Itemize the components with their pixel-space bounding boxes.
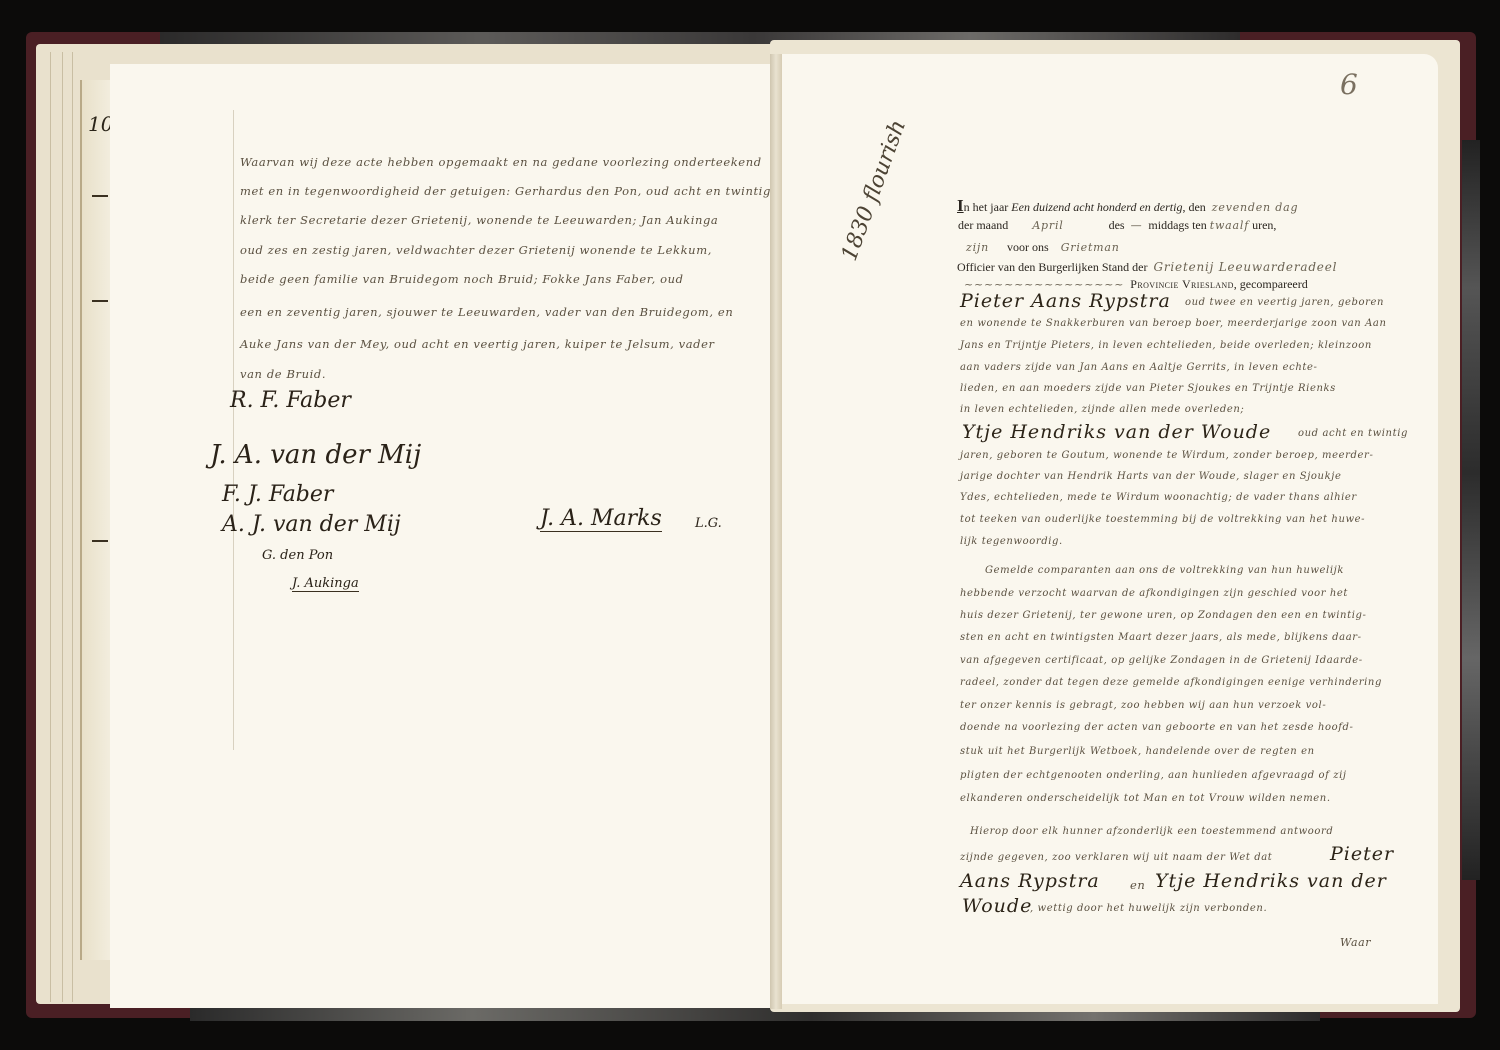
tab-mark [92, 300, 108, 302]
groom-first-name: Pieter [1330, 843, 1394, 865]
official-signature: J. A. Marks [540, 506, 662, 532]
signature: J. A. van der Mij [210, 440, 421, 470]
text-line: jarige dochter van Hendrik Harts van der… [960, 471, 1341, 482]
signature: A. J. van der Mij [222, 512, 401, 537]
form-line-1: In het jaar Een duizend acht honderd en … [957, 196, 1298, 216]
official-title-field: Grietman [1061, 241, 1120, 254]
text-line: beide geen familie van Bruidegom noch Br… [240, 272, 684, 286]
form-line-4: Officier van den Burgerlijken Stand der … [957, 260, 1337, 275]
text-line: stuk uit het Burgerlijk Wetboek, handele… [960, 746, 1315, 757]
text-line: oud twee en veertig jaren, geboren [1185, 297, 1384, 308]
signature: F. J. Faber [222, 482, 333, 507]
text-line: aan vaders zijde van Jan Aans en Aaltje … [960, 362, 1318, 373]
text-line: lieden, en aan moeders zijde van Pieter … [960, 383, 1336, 394]
text-line: oud zes en zestig jaren, veldwachter dez… [240, 243, 712, 257]
text-line: doende na voorlezing der acten van geboo… [960, 722, 1354, 733]
day-field: zevenden dag [1212, 201, 1299, 214]
groom-name: Pieter Aans Rypstra [960, 290, 1171, 312]
zijn-field: zijn [966, 241, 989, 254]
book-gutter [770, 54, 782, 1009]
text-line: in leven echtelieden, zijnde allen mede … [960, 404, 1244, 415]
signature: R. F. Faber [230, 388, 351, 413]
bride-surname: Woude [962, 895, 1032, 917]
bride-name: Ytje Hendriks van der Woude [962, 421, 1271, 443]
text-line: van afgegeven certificaat, op gelijke Zo… [960, 655, 1363, 666]
catchword: Waar [1340, 936, 1371, 949]
text-line: met en in tegenwoordigheid der getuigen:… [240, 184, 813, 198]
text-line: een en zeventig jaren, sjouwer te Leeuwa… [240, 305, 733, 319]
left-page [110, 64, 776, 1008]
des-field: — [1131, 219, 1143, 232]
index-tab-strip [80, 80, 112, 960]
closing-text: , wettig door het huwelijk zijn verbonde… [1030, 903, 1267, 914]
text-line: Gemelde comparanten aan ons de voltrekki… [985, 565, 1344, 576]
text-line: Waarvan wij deze acte hebben opgemaakt e… [240, 155, 762, 169]
margin-line [233, 110, 234, 750]
text-line: jaren, geboren te Goutum, wonende te Wir… [960, 450, 1373, 461]
text-line: huis dezer Grietenij, ter gewone uren, o… [960, 610, 1367, 621]
text-line: pligten der echtgenooten onderling, aan … [960, 770, 1347, 781]
signature: G. den Pon [262, 548, 333, 563]
text-line: van de Bruid. [240, 367, 326, 381]
text-line: radeel, zonder dat tegen deze gemelde af… [960, 677, 1382, 688]
page-edge [62, 52, 63, 1002]
tab-mark [92, 540, 108, 542]
page-edge [72, 52, 73, 1002]
marbled-cover-edge-right [1462, 140, 1480, 880]
text-line: lijk tegenwoordig. [960, 536, 1063, 547]
text-line: Auke Jans van der Mey, oud acht en veert… [240, 337, 715, 351]
page-edge [50, 52, 51, 1002]
text-line: elkanderen onderscheidelijk tot Man en t… [960, 793, 1331, 804]
text-line: Ydes, echtelieden, mede te Wirdum woonac… [960, 492, 1357, 503]
form-line-2: der maand April des — middags ten twaalf… [958, 218, 1276, 233]
text-line: Jans en Trijntje Pieters, in leven echte… [960, 340, 1372, 351]
month-field: April [1032, 219, 1063, 232]
text-line: ter onzer kennis is gebragt, zoo hebben … [960, 700, 1326, 711]
form-line-3: zijn voor ons Grietman [966, 240, 1120, 255]
bride-names: Ytje Hendriks van der [1155, 870, 1387, 892]
municipality-field: Grietenij Leeuwarderadeel [1154, 260, 1338, 274]
hour-field: twaalf [1210, 219, 1249, 232]
signature: J. Aukinga [292, 576, 359, 592]
official-signature-suffix: L.G. [695, 516, 722, 531]
text-line: hebbende verzocht waarvan de afkondiging… [960, 588, 1348, 599]
connector: en [1130, 878, 1145, 892]
page-number: 6 [1340, 68, 1358, 101]
text-line: en wonende te Snakkerburen van beroep bo… [960, 318, 1387, 329]
text-line: klerk ter Secretarie dezer Grietenij, wo… [240, 213, 718, 227]
tab-mark [92, 195, 108, 197]
text-line: tot teeken van ouderlijke toestemming bi… [960, 514, 1365, 525]
text-line: zijnde gegeven, zoo verklaren wij uit na… [960, 852, 1272, 863]
text-line: sten en acht en twintigsten Maart dezer … [960, 632, 1362, 643]
text-line: Hierop door elk hunner afzonderlijk een … [970, 826, 1333, 837]
groom-surname: Aans Rypstra [960, 870, 1100, 892]
text-line: oud acht en twintig [1298, 428, 1408, 439]
